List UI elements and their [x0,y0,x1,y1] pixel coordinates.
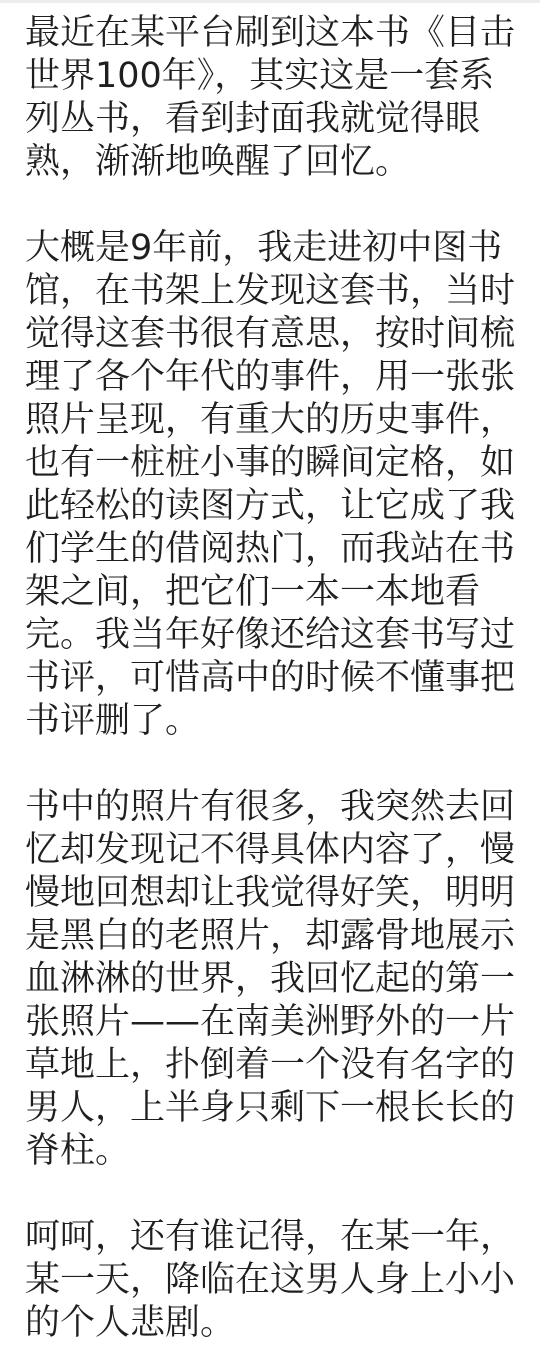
article-screen: 最近在某平台刷到这本书《目击世界100年》，其实这是一套系列丛书，看到封面我就觉… [0,0,540,1359]
article-body: 最近在某平台刷到这本书《目击世界100年》，其实这是一套系列丛书，看到封面我就觉… [0,3,540,1345]
article-paragraph-2: 大概是9年前，我走进初中图书馆，在书架上发现这套书，当时觉得这套书很有意思，按时… [25,227,515,743]
article-paragraph-4: 呵呵，还有谁记得，在某一年，某一天，降临在这男人身上小小的个人悲剧。 [25,1216,515,1345]
article-paragraph-3: 书中的照片有很多，我突然去回忆却发现记不得具体内容了，慢慢地回想却让我觉得好笑，… [25,786,515,1173]
article-paragraph-1: 最近在某平台刷到这本书《目击世界100年》，其实这是一套系列丛书，看到封面我就觉… [25,12,515,184]
